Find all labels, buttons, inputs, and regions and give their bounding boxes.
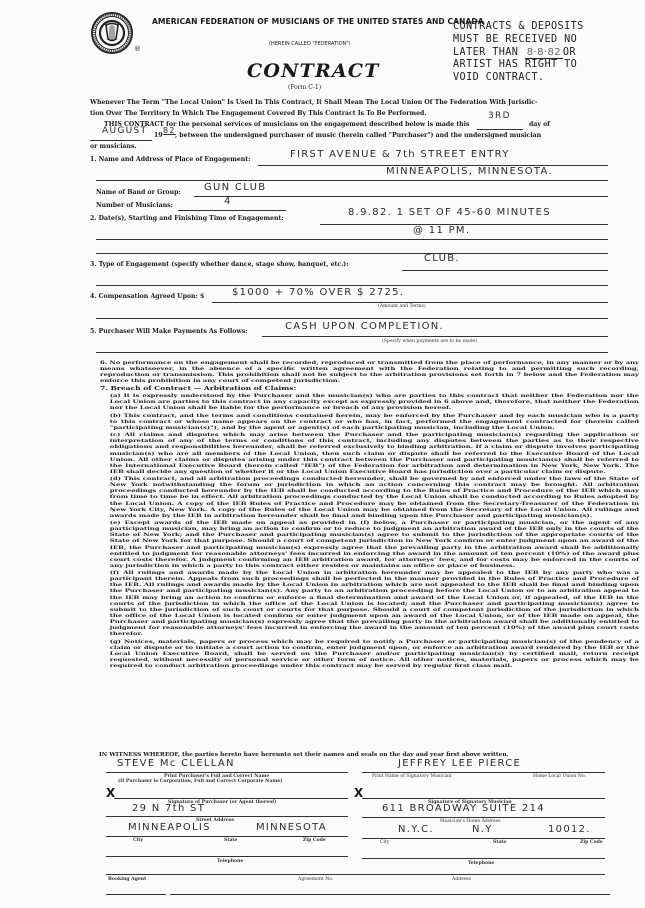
stamp-line-3: LATER THAN 8·8·82OR bbox=[453, 47, 584, 60]
payment-underline-2 bbox=[96, 352, 608, 353]
clause-7-title: 7. Breach of Contract — Arbitration of C… bbox=[100, 386, 639, 392]
musician-signature-line[interactable] bbox=[362, 798, 605, 799]
purchaser-city-underline bbox=[106, 836, 348, 837]
purchaser-zip-caption: Zip Code bbox=[303, 838, 326, 843]
day-field[interactable]: 3RD bbox=[488, 111, 511, 121]
musician-address-underline bbox=[362, 817, 605, 818]
booking-agent-caption: Booking Agent bbox=[108, 877, 146, 882]
compensation-underline-2 bbox=[96, 318, 608, 319]
purchaser-name-underline bbox=[106, 772, 348, 773]
type-label: 3. Type of Engagement (specify whether d… bbox=[90, 260, 349, 270]
purchaser-telephone-caption: Telephone bbox=[217, 859, 243, 864]
clause-7a: (a) It is expressly understood by the Pu… bbox=[100, 393, 639, 411]
dates-field-1[interactable]: 8.9.82. 1 SET OF 45-60 MINUTES bbox=[348, 207, 551, 218]
clause-7b: (b) This contract, and the terms and con… bbox=[100, 413, 639, 431]
place-underline-2 bbox=[96, 180, 608, 181]
dates-underline-3 bbox=[96, 253, 608, 254]
agreement-number-caption: Agreement No. bbox=[298, 877, 333, 882]
herein-called-note: (HEREIN CALLED "FEDERATION") bbox=[269, 41, 351, 47]
clause-7d: (d) This contract, and all arbitration p… bbox=[100, 476, 639, 519]
musicians-field[interactable]: 4 bbox=[224, 196, 232, 207]
musicians-label: Number of Musicians: bbox=[96, 201, 173, 211]
band-label: Name of Band or Group: bbox=[96, 188, 181, 198]
clause-7e: (e) Except awards of the IEB made on app… bbox=[100, 520, 639, 569]
purchaser-signature-line[interactable] bbox=[114, 798, 348, 799]
payment-label: 5. Purchaser Will Make Payments As Follo… bbox=[90, 327, 248, 337]
compensation-label: 4. Compensation Agreed Upon: $ bbox=[90, 292, 204, 302]
musician-city-field[interactable]: N.Y.C. bbox=[398, 824, 434, 835]
band-underline bbox=[194, 196, 608, 197]
purchaser-corp-caption: (If Purchaser is Corporation, Full and C… bbox=[118, 779, 282, 784]
purchaser-street-underline bbox=[106, 816, 348, 817]
place-field-2[interactable]: MINNEAPOLIS, MINNESOTA. bbox=[386, 166, 553, 177]
musician-name-field[interactable]: JEFFREY LEE PIERCE bbox=[398, 758, 521, 769]
booking-address-caption: Address bbox=[452, 877, 471, 882]
musician-city-caption: City bbox=[380, 840, 389, 845]
purchaser-city-caption: City bbox=[133, 838, 143, 843]
musicians-underline bbox=[178, 210, 286, 211]
booking-address-line[interactable] bbox=[170, 894, 610, 895]
dates-field-2[interactable]: @ 11 PM. bbox=[413, 225, 470, 236]
stamp-line-5: VOID CONTRACT. bbox=[453, 72, 584, 85]
payment-caption: (Specify when payments are to be made) bbox=[382, 339, 477, 344]
musician-state-caption: State bbox=[493, 840, 506, 845]
purchaser-name-field[interactable]: STEVE Mc CLELLAN bbox=[117, 758, 235, 769]
month-field[interactable]: AUGUST bbox=[102, 126, 147, 136]
compensation-field[interactable]: $1000 + 70% OVER $ 2725. bbox=[232, 287, 404, 298]
stamp-line-4: ARTIST HAS RIGHT TO bbox=[453, 59, 584, 72]
organization-name: AMERICAN FEDERATION OF MUSICIANS OF THE … bbox=[152, 17, 484, 26]
stamp-line-2: MUST BE RECEIVED NO bbox=[453, 34, 584, 47]
dates-label: 2. Date(s), Starting and Finishing Time … bbox=[90, 214, 284, 224]
terms-clauses: 6. No performance on the engagement shal… bbox=[100, 360, 639, 670]
musician-telephone-caption: Telephone bbox=[468, 861, 494, 866]
registered-mark: ® bbox=[134, 45, 141, 53]
dates-underline-2 bbox=[96, 239, 608, 240]
type-underline bbox=[402, 270, 608, 271]
compensation-caption: (Amount and Terms) bbox=[378, 304, 426, 309]
musician-city-underline bbox=[362, 838, 605, 839]
clause-7f: (f) All rulings and awards made by the L… bbox=[100, 570, 639, 637]
musician-state-field[interactable]: N.Y bbox=[472, 824, 493, 835]
form-number: (Form C-1) bbox=[288, 84, 321, 91]
home-local-caption: Home Local Union No. bbox=[533, 774, 586, 779]
payment-underline bbox=[262, 336, 608, 337]
musician-telephone-underline bbox=[362, 858, 605, 859]
year-field[interactable]: 82 bbox=[163, 126, 176, 135]
musician-zip-field[interactable]: 10012. bbox=[548, 824, 591, 835]
afm-seal-icon bbox=[91, 12, 133, 54]
clause-6: 6. No performance on the engagement shal… bbox=[100, 360, 639, 384]
musician-name-caption: Print Name of Signatory Musician bbox=[372, 774, 452, 779]
contract-title: CONTRACT bbox=[247, 60, 380, 82]
type-field[interactable]: CLUB. bbox=[424, 253, 460, 264]
place-field-1[interactable]: FIRST AVENUE & 7th STREET ENTRY bbox=[290, 149, 510, 160]
clause-7c: (c) All claims and disputes which may ar… bbox=[100, 432, 639, 475]
stamp-later-than: LATER THAN bbox=[453, 47, 518, 58]
intro-text-b: day of bbox=[529, 120, 550, 130]
purchaser-state-field[interactable]: MINNESOTA bbox=[256, 822, 327, 833]
month-underline bbox=[90, 140, 152, 141]
booking-agent-line[interactable] bbox=[106, 894, 166, 895]
preamble-line-1: Whenever The Term "The Local Union" Is U… bbox=[90, 98, 538, 108]
place-label: 1. Name and Address of Place of Engageme… bbox=[90, 155, 250, 165]
deadline-date-field[interactable]: 8·8·82 bbox=[525, 48, 563, 59]
purchaser-telephone-underline bbox=[106, 856, 348, 857]
type-underline-2 bbox=[96, 285, 608, 286]
purchaser-street-field[interactable]: 29 N 7th ST bbox=[132, 803, 205, 814]
stamp-line-1: CONTRACTS & DEPOSITS bbox=[453, 21, 584, 34]
compensation-underline bbox=[212, 302, 608, 303]
deposit-deadline-stamp: CONTRACTS & DEPOSITS MUST BE RECEIVED NO… bbox=[453, 21, 584, 85]
purchaser-state-caption: State bbox=[224, 838, 237, 843]
payment-field[interactable]: CASH UPON COMPLETION. bbox=[285, 321, 444, 332]
year-prefix: 19 bbox=[154, 131, 163, 141]
booking-top-line bbox=[106, 874, 605, 875]
clause-7g: (g) Notices, materials, papers or proces… bbox=[100, 639, 639, 669]
intro-text-a: THIS CONTRACT for the personal services … bbox=[104, 120, 470, 130]
preamble-line-2: tion Over The Territory In Which The Eng… bbox=[90, 109, 427, 119]
musician-zip-caption: Zip Code bbox=[580, 840, 603, 845]
musician-address-field[interactable]: 611 BROADWAY SUITE 214 bbox=[382, 803, 545, 814]
band-field[interactable]: GUN CLUB bbox=[204, 182, 266, 193]
intro-text-d: or musicians. bbox=[90, 142, 137, 152]
stamp-or: OR bbox=[563, 47, 576, 58]
musician-name-underline bbox=[362, 772, 605, 773]
day-underline bbox=[477, 129, 523, 130]
purchaser-city-field[interactable]: MINNEAPOLIS bbox=[128, 822, 211, 833]
intro-text-c: , between the undersigned purchaser of m… bbox=[175, 131, 541, 141]
